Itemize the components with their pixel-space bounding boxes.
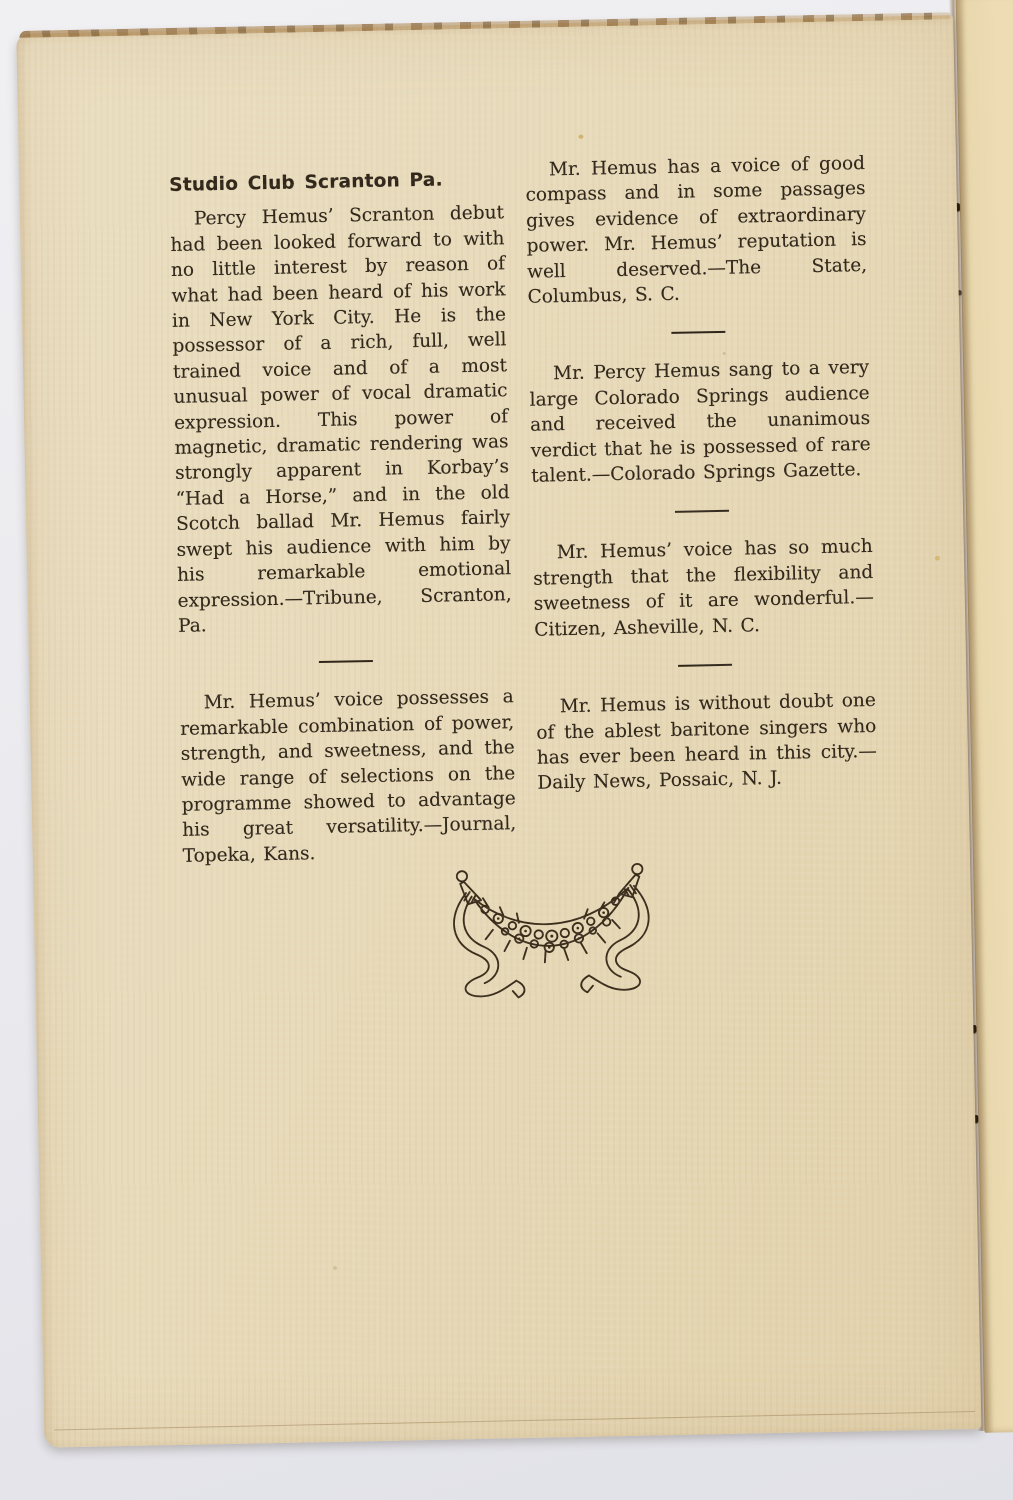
section-heading: Studio Club Scranton Pa. bbox=[169, 166, 503, 198]
paper-speck bbox=[333, 1266, 337, 1270]
paper-speck bbox=[578, 135, 583, 139]
left-column: Studio Club Scranton Pa. Percy Hemus’ Sc… bbox=[169, 166, 517, 869]
review-quote-citizen-asheville: Mr. Hemus’ voice has so much strength th… bbox=[533, 534, 875, 642]
paper-speck bbox=[935, 556, 940, 561]
right-column: Mr. Hemus has a voice of good compass an… bbox=[525, 151, 878, 796]
review-quote-daily-news-possaic: Mr. Hemus is without doubt one of the ab… bbox=[536, 688, 878, 796]
review-quote-journal-topeka: Mr. Hemus’ voice possesses a remarkable … bbox=[179, 684, 517, 869]
section-divider-rule bbox=[675, 510, 729, 513]
bottom-fold-line bbox=[54, 1411, 975, 1430]
section-divider-rule bbox=[678, 664, 732, 667]
booklet-page: Studio Club Scranton Pa. Percy Hemus’ Sc… bbox=[16, 15, 981, 1448]
review-quote-tribune-scranton: Percy Hemus’ Scranton debut had been loo… bbox=[170, 201, 513, 640]
floral-garland-ornament bbox=[431, 859, 669, 1004]
section-divider-rule bbox=[671, 331, 725, 334]
section-divider-rule bbox=[319, 660, 373, 663]
garland-ribbon-icon bbox=[431, 859, 669, 1004]
open-booklet: Studio Club Scranton Pa. Percy Hemus’ Sc… bbox=[16, 0, 1013, 1466]
review-quote-colorado-springs-gazette: Mr. Percy Hemus sang to a very large Col… bbox=[529, 355, 871, 489]
review-quote-state-columbus: Mr. Hemus has a voice of good compass an… bbox=[525, 151, 868, 310]
scan-background: Studio Club Scranton Pa. Percy Hemus’ Sc… bbox=[0, 0, 1013, 1500]
